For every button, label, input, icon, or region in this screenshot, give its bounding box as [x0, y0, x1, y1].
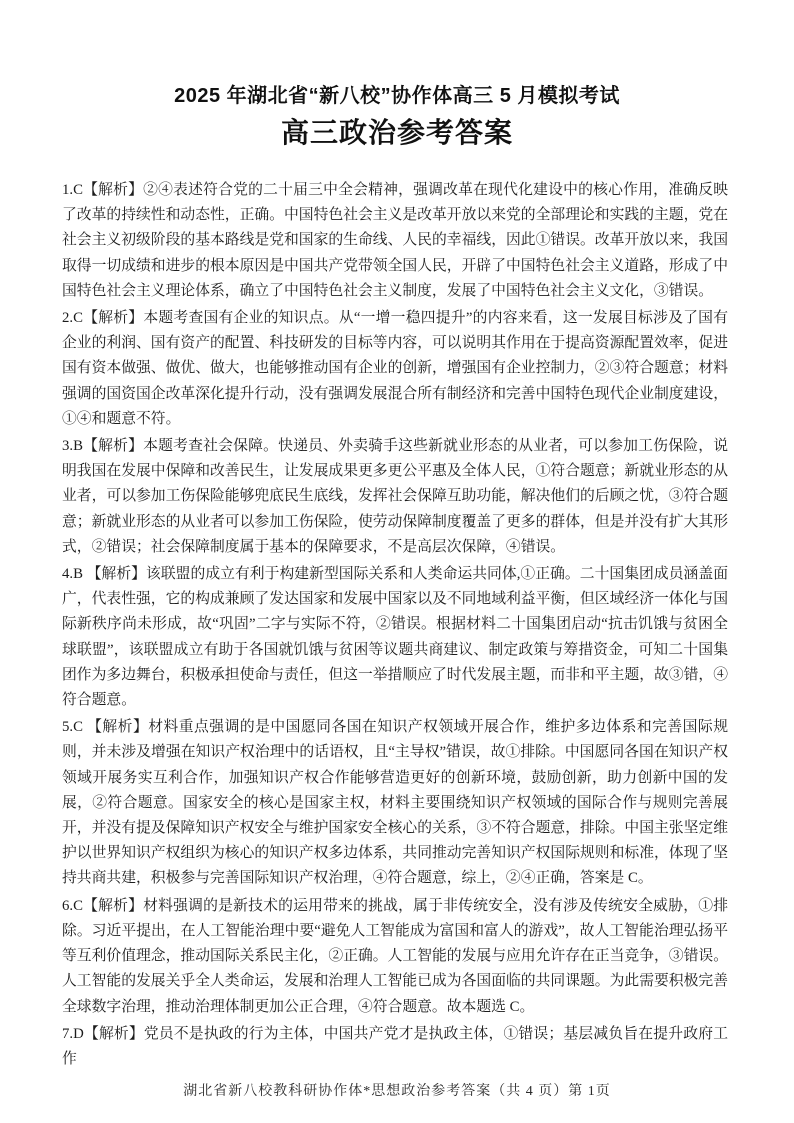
answer-paragraph-3: 3.B【解析】本题考查社会保障。快递员、外卖骑手这些新就业形态的从业者，可以参加… — [62, 434, 728, 560]
exam-title: 2025 年湖北省“新八校”协作体高三 5 月模拟考试 — [0, 84, 794, 108]
answers-body: 1.C【解析】②④表述符合党的二十届三中全会精神，强调改革在现代化建设中的核心作… — [62, 178, 728, 1074]
answer-paragraph-6: 6.C【解析】材料强调的是新技术的运用带来的挑战，属于非传统安全，没有涉及传统安… — [62, 894, 728, 1020]
answer-paragraph-5: 5.C 【解析】材料重点强调的是中国愿同各国在知识产权领域开展合作，维护多边体系… — [62, 715, 728, 891]
answer-key-title: 高三政治参考答案 — [0, 116, 794, 150]
answer-paragraph-4: 4.B 【解析】该联盟的成立有利于构建新型国际关系和人类命运共同体,①正确。二十… — [62, 562, 728, 713]
document-page: 2025 年湖北省“新八校”协作体高三 5 月模拟考试 高三政治参考答案 1.C… — [0, 0, 794, 1123]
answer-paragraph-1: 1.C【解析】②④表述符合党的二十届三中全会精神，强调改革在现代化建设中的核心作… — [62, 178, 728, 304]
page-footer: 湖北省新八校教科研协作体*思想政治参考答案（共 4 页）第 1页 — [0, 1080, 794, 1100]
answer-paragraph-2: 2.C【解析】本题考查国有企业的知识点。从“一增一稳四提升”的内容来看，这一发展… — [62, 306, 728, 432]
answer-paragraph-7: 7.D【解析】党员不是执政的行为主体，中国共产党才是执政主体，①错误；基层减负旨… — [62, 1022, 728, 1072]
document-header: 2025 年湖北省“新八校”协作体高三 5 月模拟考试 高三政治参考答案 — [0, 84, 794, 150]
